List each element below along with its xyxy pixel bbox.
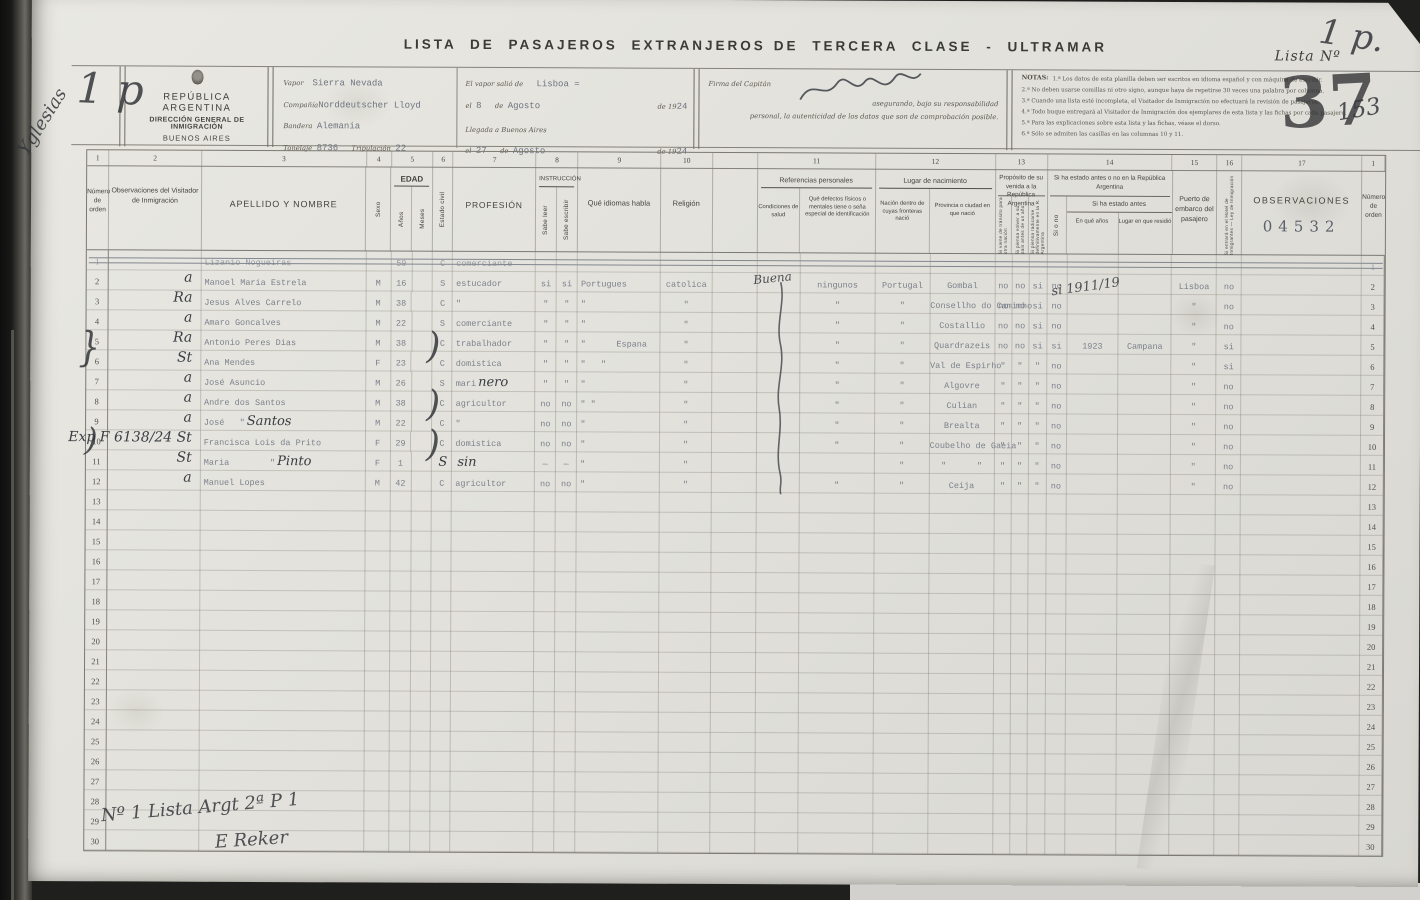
cell-name [199, 731, 364, 752]
cell-prof [452, 592, 535, 612]
cell-anos [390, 612, 411, 632]
cell-prov: Val de Espirho [930, 354, 995, 374]
cell-n2: 2 [1362, 276, 1385, 296]
cell-p3 [1027, 794, 1045, 814]
cell-leer [534, 652, 555, 672]
cell-puerto [1171, 515, 1216, 535]
cell-anos: 42 [390, 472, 411, 492]
cell-prov [928, 794, 993, 814]
salida-day: 8 [476, 100, 481, 110]
cell-nac: " [875, 394, 930, 414]
cell-p3: " [1029, 434, 1047, 454]
cell-meses [410, 752, 431, 772]
cell-meses [410, 732, 431, 752]
cell-p1: " [995, 414, 1012, 434]
cell-rel [661, 253, 713, 273]
cell-n2: 6 [1361, 356, 1384, 376]
cell-c16 [1215, 675, 1240, 695]
cell-n2: 26 [1360, 756, 1383, 776]
cell-obs: a [109, 270, 202, 290]
col-observaciones: OBSERVACIONES [1242, 171, 1361, 206]
cell-n: 16 [85, 550, 107, 570]
cell-nac [874, 554, 929, 574]
cell-p1: no [995, 314, 1012, 334]
col-radicarse: Si piensa radicarse definitivamente en l… [1030, 196, 1045, 254]
cell-prov: Brealta [930, 414, 995, 434]
cell-anos: 59 [391, 252, 412, 272]
cell-anos14 [1065, 814, 1117, 834]
column-number: 4 [367, 151, 392, 167]
cell-est: S [433, 272, 453, 292]
cell-meses [410, 672, 431, 692]
cell-idi: " " [578, 352, 661, 372]
cell-o17 [1241, 375, 1361, 396]
cell-n: 3 [87, 290, 109, 310]
col-si-o-no: Si o no [1053, 215, 1060, 237]
cell-nac [873, 794, 928, 814]
cell-obs [107, 650, 200, 670]
cell-idi [576, 672, 659, 692]
cell-puerto [1170, 815, 1215, 835]
col-estado-antes: Si ha estado antes o no en la República … [1050, 170, 1170, 197]
cell-def: " [800, 313, 875, 333]
cell-o17 [1241, 575, 1361, 596]
cell-name: José "Santos [201, 411, 366, 432]
cell-prov [929, 554, 994, 574]
cell-p2 [1011, 674, 1028, 694]
cell-est [431, 692, 451, 712]
cell-sp [712, 453, 757, 473]
cell-esc [555, 792, 576, 812]
column-number: 15 [1173, 155, 1218, 171]
cell-sp [711, 673, 756, 693]
cell-name: Ana Mendes [201, 351, 366, 372]
cell-lugar14 [1119, 355, 1172, 375]
cell-esc: " [557, 332, 578, 352]
cell-idi: " [577, 452, 660, 472]
cell-n2: 1 [1362, 256, 1385, 276]
cell-prov [929, 594, 994, 614]
cell-n2: 22 [1360, 676, 1383, 696]
cell-salud [756, 673, 799, 693]
cell-p1 [994, 554, 1011, 574]
cell-anos: 38 [391, 332, 412, 352]
cell-obs: St [108, 450, 201, 470]
cell-name [200, 711, 365, 732]
cell-o17 [1241, 475, 1361, 496]
cell-rel: " [660, 473, 712, 493]
cell-idi [576, 712, 659, 732]
cell-o17 [1242, 315, 1362, 336]
bandera-value: Alemania [317, 121, 360, 131]
col-condiciones-salud: Condiciones de salud [757, 188, 800, 253]
cell-prof [451, 712, 534, 732]
cell-esc [556, 512, 577, 532]
cell-p1 [993, 774, 1010, 794]
cell-prof: comerciante [453, 252, 536, 272]
column-number: 16 [1217, 155, 1242, 171]
cell-anos: 22 [391, 412, 412, 432]
cell-p1 [993, 754, 1010, 774]
cell-salud [756, 553, 799, 573]
cell-sp [711, 593, 756, 613]
cell-rel: " [660, 393, 712, 413]
cell-p1 [994, 514, 1011, 534]
cell-leer [535, 512, 556, 532]
cell-def: " [800, 393, 875, 413]
cell-prof: comerciante [453, 312, 536, 332]
cell-p2: " [1012, 374, 1029, 394]
cell-o17 [1241, 535, 1361, 556]
cell-name [200, 511, 365, 532]
cell-o17 [1241, 595, 1361, 616]
cell-p2: " [1012, 414, 1029, 434]
cell-obs: a [108, 470, 201, 490]
cell-p1: " [995, 374, 1012, 394]
cell-esc [555, 812, 576, 832]
cell-anos14 [1066, 554, 1118, 574]
cell-p2 [1010, 734, 1027, 754]
cell-n2: 9 [1361, 416, 1384, 436]
cell-c16: no [1217, 275, 1242, 295]
compania-value: Norddeutscher Lloyd [318, 100, 421, 110]
cell-p2 [1010, 794, 1027, 814]
cell-obs [107, 690, 200, 710]
cell-p1 [994, 574, 1011, 594]
cell-prov: Algovre [930, 374, 995, 394]
page-edge-line [11, 330, 14, 900]
salida-month: Agosto [508, 101, 540, 111]
cell-o17 [1240, 735, 1360, 756]
cell-lugar14 [1117, 815, 1170, 835]
cell-sexo [364, 751, 389, 771]
col-transito: Si viene de tránsito para otra nación [998, 196, 1008, 254]
cell-o17 [1240, 775, 1360, 796]
cell-p3: si [1029, 274, 1047, 294]
cell-puerto: " [1172, 355, 1217, 375]
cell-esc: — [556, 452, 577, 472]
cell-p3 [1028, 554, 1046, 574]
cell-sexo [364, 811, 389, 831]
torn-corner [1386, 0, 1420, 44]
cell-nac [873, 774, 928, 794]
cell-anos [390, 492, 411, 512]
cell-sexo: M [366, 411, 391, 431]
cell-anos14 [1066, 474, 1118, 494]
cell-lugar14 [1117, 655, 1170, 675]
cell-sp [712, 473, 757, 493]
col-hotel-inmigrantes: Si entrará en el Hotel de Inmigrantes — … [1224, 171, 1234, 255]
cell-anos [389, 832, 410, 852]
cell-p1 [993, 714, 1010, 734]
authority-country: REPÚBLICA ARGENTINA [127, 91, 266, 114]
cell-anos14 [1065, 674, 1117, 694]
cell-idi: " [578, 292, 661, 312]
cell-sexo [364, 691, 389, 711]
column-number: 10 [661, 153, 713, 169]
cell-sp [712, 393, 757, 413]
cell-sexo: F [366, 351, 391, 371]
cell-idi [577, 592, 660, 612]
cell-n: 12 [86, 470, 108, 490]
cell-p2 [1010, 814, 1027, 834]
cell-rel: " [660, 453, 712, 473]
cell-puerto [1171, 595, 1216, 615]
cell-prof [451, 732, 534, 752]
cell-name: Manuel Lopes [201, 471, 366, 492]
cell-def [798, 793, 873, 813]
cell-obs: Ra [108, 330, 201, 350]
cell-name [200, 691, 365, 712]
cell-sp [712, 513, 757, 533]
cell-name [200, 551, 365, 572]
cell-def: " [800, 433, 875, 453]
cell-name: Amaro Goncalves [201, 311, 366, 332]
cell-anos14 [1067, 414, 1119, 434]
cell-est: C [432, 472, 452, 492]
captain-note-line2: personal, la autenticidad de los datos q… [708, 110, 998, 124]
cell-c16 [1215, 655, 1240, 675]
cell-meses [410, 692, 431, 712]
cell-anos: 22 [391, 312, 412, 332]
handwritten-correction: nero [478, 375, 508, 390]
lista-no-hand: 1 p. [1317, 15, 1386, 58]
cell-c16 [1215, 715, 1240, 735]
passenger-table: 12345678910111213141516171 Número de ord… [83, 149, 1386, 857]
cell-sp [711, 573, 756, 593]
cell-puerto [1170, 735, 1215, 755]
cell-prof: domistica [453, 352, 536, 372]
cell-def [798, 813, 873, 833]
cell-nac [874, 574, 929, 594]
cell-anos14 [1065, 714, 1117, 734]
cell-prov [928, 714, 993, 734]
cell-prof: marinero [453, 372, 536, 392]
cell-sp [711, 553, 756, 573]
cell-esc [555, 652, 576, 672]
cell-puerto [1171, 535, 1216, 555]
cell-sp [711, 773, 756, 793]
cell-salud [756, 753, 799, 773]
cell-p2: no [1012, 294, 1029, 314]
cell-n2: 8 [1361, 396, 1384, 416]
cell-p1 [993, 814, 1010, 834]
cell-n2: 15 [1361, 536, 1384, 556]
cell-meses [411, 632, 432, 652]
cell-obs [107, 530, 200, 550]
cell-p3 [1028, 614, 1046, 634]
cell-leer [534, 692, 555, 712]
cell-idi [575, 832, 658, 852]
cell-sexo: F [365, 451, 390, 471]
cell-anos [389, 692, 410, 712]
age-loop-rows-8-9: ) [426, 387, 440, 423]
cell-sp [713, 253, 758, 273]
cell-c16: no [1217, 375, 1242, 395]
cell-p2 [1010, 754, 1027, 774]
cell-nac: Portugal [875, 274, 930, 294]
argentina-coat-of-arms-icon [191, 70, 203, 85]
col-provincia: Provincia o ciudad en que nació [930, 189, 995, 254]
cell-lugar14 [1117, 835, 1170, 855]
cell-leer [534, 792, 555, 812]
handwritten-correction: Pinto [277, 454, 311, 469]
cell-obs [106, 770, 199, 790]
cell-p2 [1010, 774, 1027, 794]
cell-leer [534, 612, 555, 632]
cell-si14 [1046, 554, 1066, 574]
cell-salud [755, 793, 798, 813]
cell-p1: no [995, 274, 1012, 294]
cell-puerto [1170, 635, 1215, 655]
cell-lugar14 [1118, 415, 1171, 435]
cell-puerto [1170, 755, 1215, 775]
cell-obs [107, 570, 200, 590]
cell-leer [534, 832, 555, 852]
cell-o17 [1240, 695, 1360, 716]
cell-prov: Consellho do Caminho [930, 294, 995, 314]
column-number: 17 [1242, 155, 1362, 172]
cell-si14 [1047, 254, 1067, 274]
cell-obs: Ra [109, 290, 202, 310]
cell-n2: 19 [1360, 616, 1383, 636]
cell-p3 [1027, 714, 1045, 734]
cell-o17 [1240, 655, 1360, 676]
cell-leer: " [536, 312, 557, 332]
cell-anos [390, 632, 411, 652]
cell-anos [390, 512, 411, 532]
cell-obs: a [108, 390, 201, 410]
handwritten-correction: sin [457, 455, 476, 470]
cell-obs [107, 710, 200, 730]
cell-sexo [364, 731, 389, 751]
cell-leer [534, 732, 555, 752]
cell-sp [712, 413, 757, 433]
cell-esc [555, 732, 576, 752]
cell-prov: " " [930, 454, 995, 474]
cell-o17 [1241, 395, 1361, 416]
cell-anos [390, 572, 411, 592]
cell-est [431, 792, 451, 812]
cell-idi: " [578, 312, 661, 332]
cell-o17 [1241, 555, 1361, 576]
cell-sexo [364, 671, 389, 691]
cell-name [199, 771, 364, 792]
cell-est [432, 552, 452, 572]
cell-idi [576, 752, 659, 772]
cell-anos14 [1066, 454, 1118, 474]
cell-nac [875, 494, 930, 514]
cell-rel [659, 793, 711, 813]
col-puerto-embarco: Puerto de embarco del pasajero [1172, 171, 1216, 225]
page-title-2: DE TERCERA CLASE - ULTRAMAR [774, 38, 1107, 54]
cell-nac [874, 614, 929, 634]
cell-sexo: M [366, 271, 391, 291]
cell-nac: " [875, 354, 930, 374]
cell-n2: 4 [1362, 316, 1385, 336]
cell-esc: no [556, 392, 577, 412]
cell-p1 [993, 734, 1010, 754]
cell-p2 [1011, 594, 1028, 614]
cell-nac [874, 534, 929, 554]
cell-lugar14 [1118, 515, 1171, 535]
divider [1006, 70, 1012, 150]
cell-def [799, 593, 874, 613]
cell-n: 7 [86, 370, 108, 390]
cell-sexo [365, 631, 390, 651]
cell-si14 [1046, 574, 1066, 594]
cell-obs [108, 510, 201, 530]
cell-idi [576, 792, 659, 812]
cell-leer [535, 492, 556, 512]
cell-puerto [1172, 255, 1217, 275]
notas-label: NOTAS: [1022, 74, 1049, 81]
column-number: 8 [537, 152, 579, 168]
issuing-authority-box: REPÚBLICA ARGENTINA DIRECCIÓN GENERAL DE… [127, 66, 266, 147]
cell-prof [452, 552, 535, 572]
cell-c16 [1215, 795, 1240, 815]
cell-rel [659, 713, 711, 733]
cell-puerto: Lisboa [1172, 275, 1217, 295]
cell-n2: 3 [1362, 296, 1385, 316]
cell-name [200, 531, 365, 552]
cell-idi [578, 252, 661, 272]
corner-number-hand: 1 p [76, 67, 145, 112]
cell-anos: 38 [391, 392, 412, 412]
cell-p1: " [995, 454, 1012, 474]
cell-anos14 [1066, 634, 1118, 654]
cell-n2: 17 [1360, 576, 1383, 596]
cell-p3 [1027, 734, 1045, 754]
cell-p1 [994, 594, 1011, 614]
col-edad: EDAD [394, 172, 429, 187]
cell-p3 [1028, 634, 1046, 654]
cell-n2: 13 [1361, 496, 1384, 516]
cell-p2: no [1012, 334, 1029, 354]
cell-p1: " [995, 434, 1012, 454]
cell-rel [660, 513, 712, 533]
cell-o17 [1241, 515, 1361, 536]
cell-leer [535, 572, 556, 592]
col-observaciones-visitador: Observaciones del Visitador de Inmigraci… [109, 166, 201, 206]
cell-obs [107, 670, 200, 690]
cell-def: " [800, 473, 875, 493]
cell-name [201, 491, 366, 512]
cell-salud [757, 513, 800, 533]
cell-esc: " [557, 292, 578, 312]
cell-sexo [364, 711, 389, 731]
cell-leer [534, 672, 555, 692]
cell-sexo [365, 651, 390, 671]
cell-def [799, 653, 874, 673]
cell-lugar14 [1119, 315, 1172, 335]
cell-sp [711, 653, 756, 673]
cell-est [431, 812, 451, 832]
cell-meses [411, 492, 432, 512]
cell-def [801, 253, 876, 273]
col-profesion: PROFESIÓN [453, 168, 535, 210]
cell-esc [555, 712, 576, 732]
col-edad-anos: Años [397, 211, 404, 227]
cell-esc [555, 832, 576, 852]
cell-sexo: M [366, 291, 391, 311]
cell-idi [577, 572, 660, 592]
cell-esc: " [557, 352, 578, 372]
cell-sexo [365, 571, 390, 591]
cell-prov: Costallio [930, 314, 995, 334]
cell-lugar14 [1117, 695, 1170, 715]
cell-p3: si [1029, 314, 1047, 334]
